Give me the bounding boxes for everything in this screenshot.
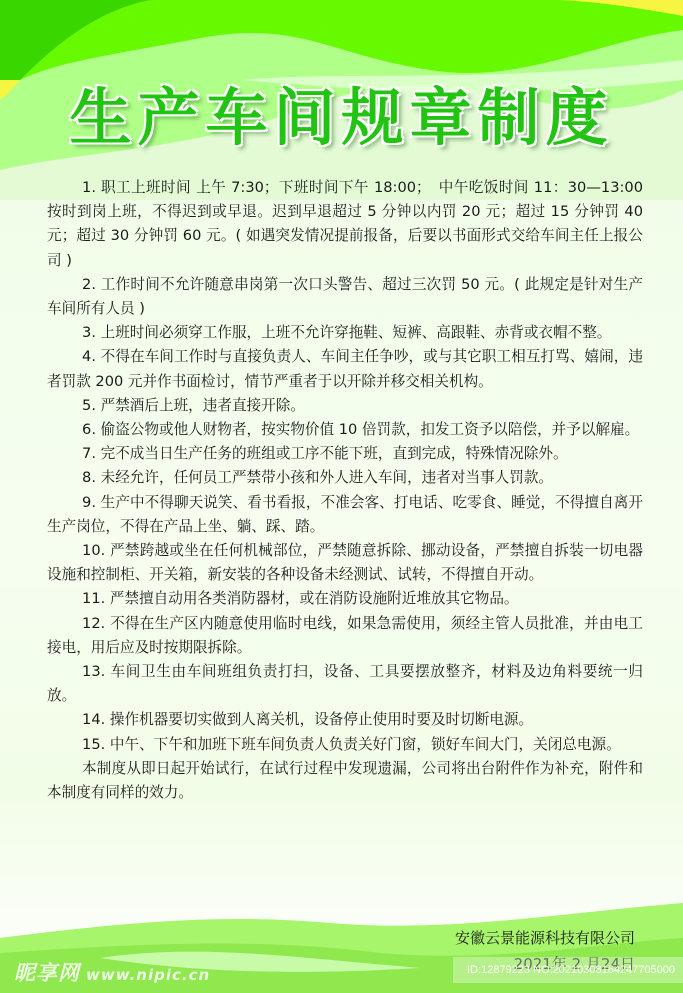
rule-item: 14. 操作机器要切实做到人离关机，设备停止使用时要及时切断电源。 — [47, 708, 643, 732]
rule-item: 1. 职工上班时间 上午 7:30；下班时间下午 18:00； 中午吃饭时间 1… — [47, 176, 643, 273]
rule-item: 2. 工作时间不允许随意串岗第一次口头警告、超过三次罚 50 元。( 此规定是针… — [47, 273, 643, 321]
rule-item: 5. 严禁酒后上班，违者直接开除。 — [47, 394, 643, 418]
watermark-logo: 昵享网www.nipic.cn — [14, 957, 210, 987]
rule-item: 13. 车间卫生由车间班组负责打扫，设备、工具要摆放整齐，材料及边角料要统一归放… — [47, 660, 643, 708]
watermark-id: ID:12879223 NO:20210308164247705000 — [453, 957, 683, 983]
watermark-url: www.nipic.cn — [86, 966, 210, 984]
rule-item: 7. 完不成当日生产任务的班组或工序不能下班，直到完成，特殊情况除外。 — [47, 442, 643, 466]
regulations-poster: 生产车间规章制度 1. 职工上班时间 上午 7:30；下班时间下午 18:00；… — [0, 0, 683, 993]
rule-item: 4. 不得在车间工作时与直接负责人、车间主任争吵，或与其它职工相互打骂、嬉闹，违… — [47, 345, 643, 393]
organization-name: 安徽云景能源科技有限公司 — [455, 927, 635, 948]
closing-statement: 本制度从即日起开始试行，在试行过程中发现遗漏，公司将出台附件作为补充，附件和本制… — [47, 757, 643, 805]
poster-title: 生产车间规章制度 — [0, 78, 683, 158]
rule-item: 6. 偷盗公物或他人财物者，按实物价值 10 倍罚款，扣发工资予以陪偿，并予以解… — [47, 418, 643, 442]
rule-item: 11. 严禁擅自动用各类消防器材，或在消防设施附近堆放其它物品。 — [47, 587, 643, 611]
rule-item: 15. 中午、下午和加班下班车间负责人负责关好门窗，锁好车间大门，关闭总电源。 — [47, 733, 643, 757]
rule-item: 3. 上班时间必须穿工作服，上班不允许穿拖鞋、短裤、高跟鞋、赤背或衣帽不整。 — [47, 321, 643, 345]
rule-item: 9. 生产中不得聊天说笑、看书看报，不准会客、打电话、吃零食、睡觉，不得擅自离开… — [47, 491, 643, 539]
rule-item: 10. 严禁跨越或坐在任何机械部位，严禁随意拆除、挪动设备，严禁擅自拆装一切电器… — [47, 539, 643, 587]
watermark-brand: 昵享网 — [14, 961, 80, 985]
rule-item: 8. 未经允许，任何员工严禁带小孩和外人进入车间，违者对当事人罚款。 — [47, 466, 643, 490]
rules-list: 1. 职工上班时间 上午 7:30；下班时间下午 18:00； 中午吃饭时间 1… — [47, 176, 643, 805]
rule-item: 12. 不得在生产区内随意使用临时电线，如果急需使用，须经主管人员批准，并由电工… — [47, 612, 643, 660]
